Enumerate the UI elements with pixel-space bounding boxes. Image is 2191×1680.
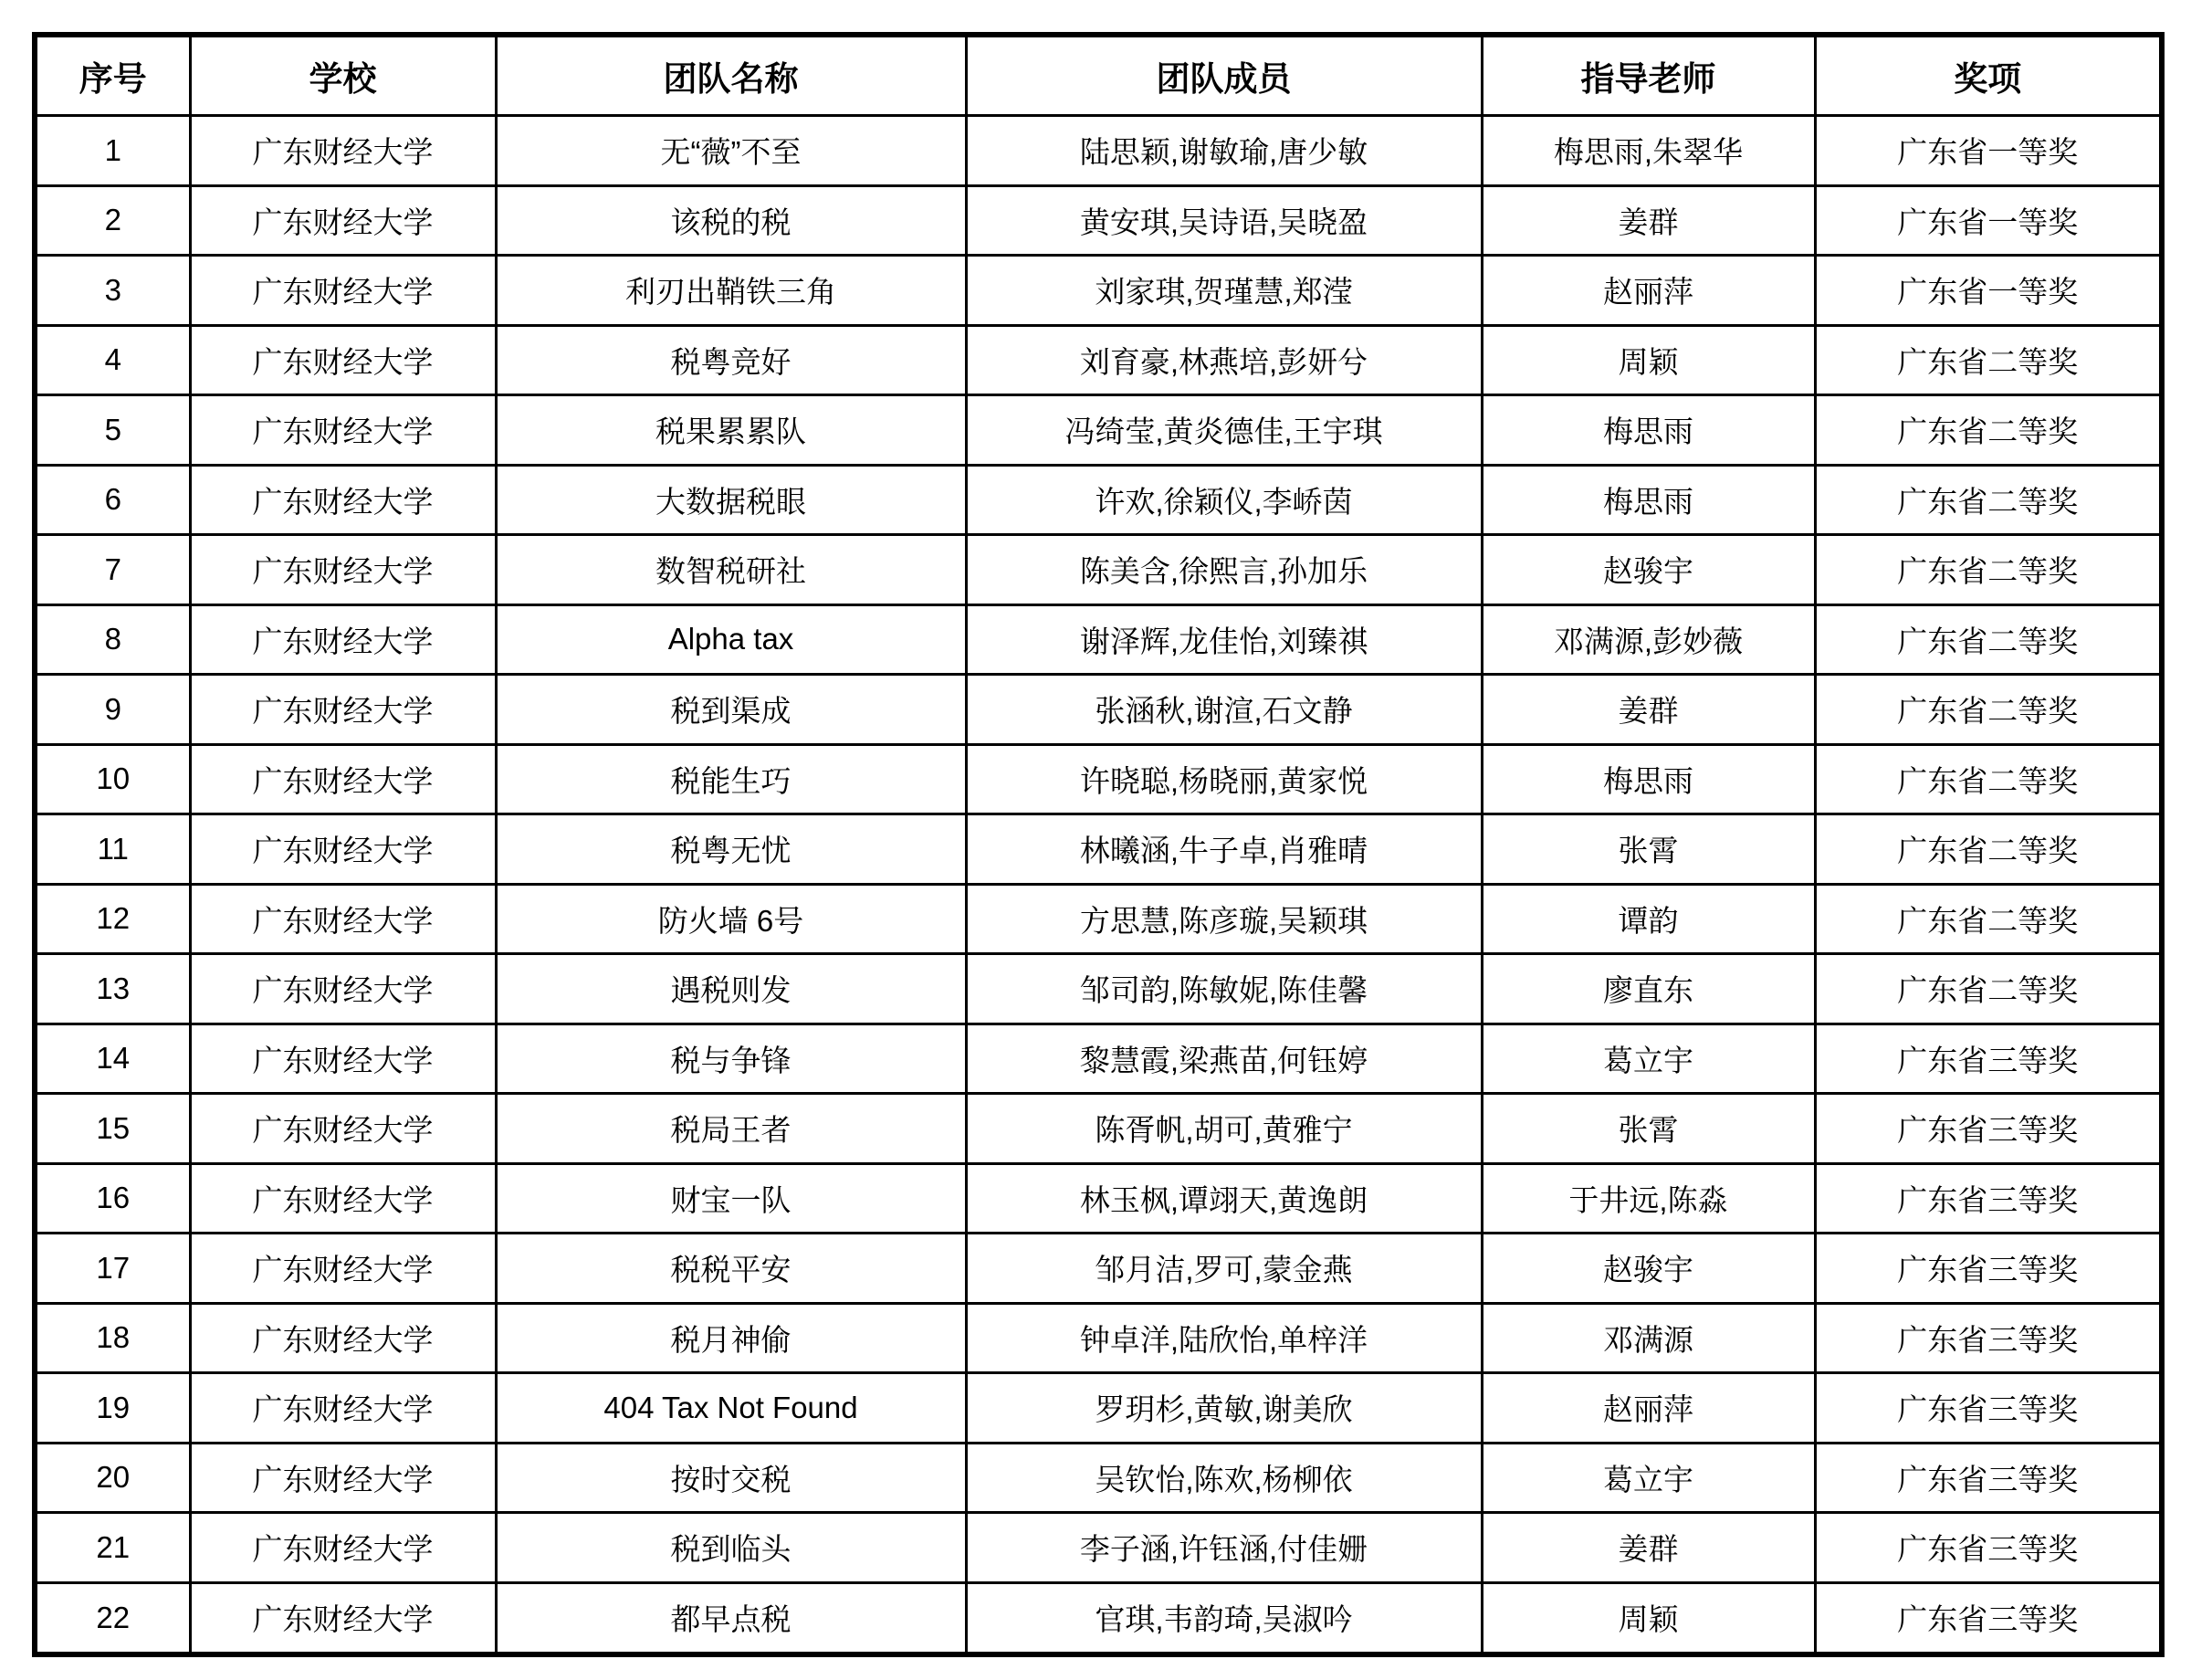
table-cell: 税局王者 bbox=[496, 1094, 966, 1164]
table-cell: 广东财经大学 bbox=[190, 814, 496, 885]
table-cell: 广东省三等奖 bbox=[1815, 1582, 2162, 1654]
table-cell: 19 bbox=[35, 1373, 190, 1444]
table-cell: 罗玥杉,黄敏,谢美欣 bbox=[966, 1373, 1482, 1444]
table-cell: 广东财经大学 bbox=[190, 744, 496, 814]
table-cell: 税税平安 bbox=[496, 1234, 966, 1304]
table-cell: 张涵秋,谢渲,石文静 bbox=[966, 675, 1482, 745]
table-row: 11广东财经大学税粤无忧林曦涵,牛子卓,肖雅晴张霄广东省二等奖 bbox=[35, 814, 2162, 885]
table-cell: 广东省二等奖 bbox=[1815, 744, 2162, 814]
table-cell: 广东财经大学 bbox=[190, 325, 496, 395]
table-cell: 许晓聪,杨晓丽,黄家悦 bbox=[966, 744, 1482, 814]
table-row: 16广东财经大学财宝一队林玉枫,谭翊天,黄逸朗于井远,陈淼广东省三等奖 bbox=[35, 1163, 2162, 1234]
table-cell: 3 bbox=[35, 256, 190, 326]
table-cell: 梅思雨 bbox=[1482, 744, 1815, 814]
table-cell: 10 bbox=[35, 744, 190, 814]
column-header: 奖项 bbox=[1815, 35, 2162, 116]
table-cell: 陆思颖,谢敏瑜,唐少敏 bbox=[966, 116, 1482, 186]
table-cell: 黄安琪,吴诗语,吴晓盈 bbox=[966, 185, 1482, 256]
table-row: 14广东财经大学税与争锋黎慧霞,梁燕苗,何钰婷葛立宇广东省三等奖 bbox=[35, 1024, 2162, 1094]
table-row: 22广东财经大学都早点税官琪,韦韵琦,吴淑吟周颖广东省三等奖 bbox=[35, 1582, 2162, 1654]
table-cell: 赵骏宇 bbox=[1482, 1234, 1815, 1304]
table-cell: 广东省二等奖 bbox=[1815, 604, 2162, 675]
table-cell: 刘家琪,贺瑾慧,郑滢 bbox=[966, 256, 1482, 326]
table-cell: 20 bbox=[35, 1443, 190, 1513]
column-header: 学校 bbox=[190, 35, 496, 116]
table-cell: 姜群 bbox=[1482, 1513, 1815, 1583]
table-cell: 赵丽萍 bbox=[1482, 256, 1815, 326]
table-cell: 404 Tax Not Found bbox=[496, 1373, 966, 1444]
table-cell: 广东省二等奖 bbox=[1815, 465, 2162, 535]
table-row: 9广东财经大学税到渠成张涵秋,谢渲,石文静姜群广东省二等奖 bbox=[35, 675, 2162, 745]
table-cell: 于井远,陈淼 bbox=[1482, 1163, 1815, 1234]
table-cell: 廖直东 bbox=[1482, 954, 1815, 1024]
table-row: 20广东财经大学按时交税吴钦怡,陈欢,杨柳依葛立宇广东省三等奖 bbox=[35, 1443, 2162, 1513]
table-cell: 广东省三等奖 bbox=[1815, 1094, 2162, 1164]
table-cell: 5 bbox=[35, 395, 190, 466]
table-cell: 邹月洁,罗可,蒙金燕 bbox=[966, 1234, 1482, 1304]
column-header: 指导老师 bbox=[1482, 35, 1815, 116]
table-cell: 4 bbox=[35, 325, 190, 395]
table-row: 17广东财经大学税税平安邹月洁,罗可,蒙金燕赵骏宇广东省三等奖 bbox=[35, 1234, 2162, 1304]
table-cell: 税与争锋 bbox=[496, 1024, 966, 1094]
table-cell: 广东省一等奖 bbox=[1815, 256, 2162, 326]
table-cell: 谭韵 bbox=[1482, 884, 1815, 954]
table-cell: 张霄 bbox=[1482, 814, 1815, 885]
table-cell: 梅思雨 bbox=[1482, 465, 1815, 535]
column-header: 序号 bbox=[35, 35, 190, 116]
table-cell: 16 bbox=[35, 1163, 190, 1234]
table-cell: 邹司韵,陈敏妮,陈佳馨 bbox=[966, 954, 1482, 1024]
table-cell: 广东财经大学 bbox=[190, 395, 496, 466]
table-cell: 邓满源,彭妙薇 bbox=[1482, 604, 1815, 675]
table-cell: 广东财经大学 bbox=[190, 1094, 496, 1164]
table-cell: 广东省二等奖 bbox=[1815, 884, 2162, 954]
table-cell: 许欢,徐颖仪,李峤茵 bbox=[966, 465, 1482, 535]
table-cell: 周颖 bbox=[1482, 325, 1815, 395]
table-cell: 税到临头 bbox=[496, 1513, 966, 1583]
table-cell: 吴钦怡,陈欢,杨柳依 bbox=[966, 1443, 1482, 1513]
table-cell: 赵骏宇 bbox=[1482, 535, 1815, 605]
table-cell: 李子涵,许钰涵,付佳姗 bbox=[966, 1513, 1482, 1583]
table-cell: 广东财经大学 bbox=[190, 1443, 496, 1513]
table-row: 18广东财经大学税月神偷钟卓洋,陆欣怡,单梓洋邓满源广东省三等奖 bbox=[35, 1303, 2162, 1373]
page: 序号学校团队名称团队成员指导老师奖项 1广东财经大学无“薇”不至陆思颖,谢敏瑜,… bbox=[0, 0, 2191, 1680]
table-cell: 黎慧霞,梁燕苗,何钰婷 bbox=[966, 1024, 1482, 1094]
table-cell: 广东财经大学 bbox=[190, 465, 496, 535]
table-cell: 广东省二等奖 bbox=[1815, 535, 2162, 605]
table-cell: 该税的税 bbox=[496, 185, 966, 256]
table-cell: 方思慧,陈彦璇,吴颖琪 bbox=[966, 884, 1482, 954]
table-cell: 税到渠成 bbox=[496, 675, 966, 745]
table-cell: 广东省二等奖 bbox=[1815, 395, 2162, 466]
table-row: 13广东财经大学遇税则发邹司韵,陈敏妮,陈佳馨廖直东广东省二等奖 bbox=[35, 954, 2162, 1024]
table-cell: 1 bbox=[35, 116, 190, 186]
table-cell: 广东省三等奖 bbox=[1815, 1373, 2162, 1444]
table-cell: 22 bbox=[35, 1582, 190, 1654]
table-row: 21广东财经大学税到临头李子涵,许钰涵,付佳姗姜群广东省三等奖 bbox=[35, 1513, 2162, 1583]
table-cell: 林玉枫,谭翊天,黄逸朗 bbox=[966, 1163, 1482, 1234]
table-cell: 梅思雨,朱翠华 bbox=[1482, 116, 1815, 186]
table-cell: 税能生巧 bbox=[496, 744, 966, 814]
table-header-row: 序号学校团队名称团队成员指导老师奖项 bbox=[35, 35, 2162, 116]
table-cell: 税果累累队 bbox=[496, 395, 966, 466]
table-cell: 梅思雨 bbox=[1482, 395, 1815, 466]
table-cell: 张霄 bbox=[1482, 1094, 1815, 1164]
table-cell: 17 bbox=[35, 1234, 190, 1304]
table-cell: 广东财经大学 bbox=[190, 1024, 496, 1094]
table-cell: 广东省三等奖 bbox=[1815, 1024, 2162, 1094]
table-cell: 广东财经大学 bbox=[190, 1513, 496, 1583]
table-cell: 谢泽辉,龙佳怡,刘臻祺 bbox=[966, 604, 1482, 675]
table-cell: 18 bbox=[35, 1303, 190, 1373]
table-cell: 2 bbox=[35, 185, 190, 256]
table-cell: 广东财经大学 bbox=[190, 1163, 496, 1234]
table-row: 1广东财经大学无“薇”不至陆思颖,谢敏瑜,唐少敏梅思雨,朱翠华广东省一等奖 bbox=[35, 116, 2162, 186]
table-cell: 利刃出鞘铁三角 bbox=[496, 256, 966, 326]
table-row: 4广东财经大学税粤竞好刘育豪,林燕培,彭妍兮周颖广东省二等奖 bbox=[35, 325, 2162, 395]
table-cell: 税粤竞好 bbox=[496, 325, 966, 395]
table-row: 2广东财经大学该税的税黄安琪,吴诗语,吴晓盈姜群广东省一等奖 bbox=[35, 185, 2162, 256]
table-cell: 广东省二等奖 bbox=[1815, 814, 2162, 885]
table-cell: 广东省一等奖 bbox=[1815, 116, 2162, 186]
table-cell: 7 bbox=[35, 535, 190, 605]
table-cell: 遇税则发 bbox=[496, 954, 966, 1024]
table-cell: 官琪,韦韵琦,吴淑吟 bbox=[966, 1582, 1482, 1654]
table-cell: 邓满源 bbox=[1482, 1303, 1815, 1373]
table-cell: 刘育豪,林燕培,彭妍兮 bbox=[966, 325, 1482, 395]
table-cell: 陈胥帆,胡可,黄雅宁 bbox=[966, 1094, 1482, 1164]
table-cell: 广东省二等奖 bbox=[1815, 954, 2162, 1024]
table-cell: 姜群 bbox=[1482, 185, 1815, 256]
table-row: 6广东财经大学大数据税眼许欢,徐颖仪,李峤茵梅思雨广东省二等奖 bbox=[35, 465, 2162, 535]
table-cell: 数智税研社 bbox=[496, 535, 966, 605]
table-cell: 陈美含,徐熙言,孙加乐 bbox=[966, 535, 1482, 605]
table-row: 5广东财经大学税果累累队冯绮莹,黄炎德佳,王宇琪梅思雨广东省二等奖 bbox=[35, 395, 2162, 466]
table-cell: 广东财经大学 bbox=[190, 535, 496, 605]
table-cell: 葛立宇 bbox=[1482, 1443, 1815, 1513]
table-cell: 21 bbox=[35, 1513, 190, 1583]
table-cell: 广东省三等奖 bbox=[1815, 1443, 2162, 1513]
table-cell: 广东省二等奖 bbox=[1815, 675, 2162, 745]
table-cell: 广东财经大学 bbox=[190, 675, 496, 745]
table-cell: 9 bbox=[35, 675, 190, 745]
table-cell: 钟卓洋,陆欣怡,单梓洋 bbox=[966, 1303, 1482, 1373]
table-cell: 15 bbox=[35, 1094, 190, 1164]
table-row: 7广东财经大学数智税研社陈美含,徐熙言,孙加乐赵骏宇广东省二等奖 bbox=[35, 535, 2162, 605]
column-header: 团队名称 bbox=[496, 35, 966, 116]
table-cell: 冯绮莹,黄炎德佳,王宇琪 bbox=[966, 395, 1482, 466]
award-results-table: 序号学校团队名称团队成员指导老师奖项 1广东财经大学无“薇”不至陆思颖,谢敏瑜,… bbox=[32, 32, 2165, 1657]
table-row: 3广东财经大学利刃出鞘铁三角刘家琪,贺瑾慧,郑滢赵丽萍广东省一等奖 bbox=[35, 256, 2162, 326]
table-cell: 广东省一等奖 bbox=[1815, 185, 2162, 256]
table-cell: 广东财经大学 bbox=[190, 1234, 496, 1304]
table-cell: 14 bbox=[35, 1024, 190, 1094]
table-cell: 广东财经大学 bbox=[190, 1303, 496, 1373]
table-cell: 无“薇”不至 bbox=[496, 116, 966, 186]
table-cell: 6 bbox=[35, 465, 190, 535]
table-cell: 周颖 bbox=[1482, 1582, 1815, 1654]
table-cell: 姜群 bbox=[1482, 675, 1815, 745]
table-cell: 8 bbox=[35, 604, 190, 675]
table-cell: 11 bbox=[35, 814, 190, 885]
table-cell: 广东省三等奖 bbox=[1815, 1234, 2162, 1304]
table-row: 12广东财经大学防火墙 6号方思慧,陈彦璇,吴颖琪谭韵广东省二等奖 bbox=[35, 884, 2162, 954]
table-cell: 12 bbox=[35, 884, 190, 954]
table-row: 15广东财经大学税局王者陈胥帆,胡可,黄雅宁张霄广东省三等奖 bbox=[35, 1094, 2162, 1164]
table-row: 19广东财经大学404 Tax Not Found罗玥杉,黄敏,谢美欣赵丽萍广东… bbox=[35, 1373, 2162, 1444]
table-cell: 大数据税眼 bbox=[496, 465, 966, 535]
table-cell: 林曦涵,牛子卓,肖雅晴 bbox=[966, 814, 1482, 885]
table-cell: 葛立宇 bbox=[1482, 1024, 1815, 1094]
table-cell: 赵丽萍 bbox=[1482, 1373, 1815, 1444]
table-cell: 财宝一队 bbox=[496, 1163, 966, 1234]
table-cell: 广东财经大学 bbox=[190, 604, 496, 675]
table-cell: 广东省二等奖 bbox=[1815, 325, 2162, 395]
table-cell: 广东省三等奖 bbox=[1815, 1163, 2162, 1234]
table-cell: 税粤无忧 bbox=[496, 814, 966, 885]
table-cell: 都早点税 bbox=[496, 1582, 966, 1654]
table-cell: 广东省三等奖 bbox=[1815, 1303, 2162, 1373]
table-row: 8广东财经大学Alpha tax谢泽辉,龙佳怡,刘臻祺邓满源,彭妙薇广东省二等奖 bbox=[35, 604, 2162, 675]
table-cell: 税月神偷 bbox=[496, 1303, 966, 1373]
table-cell: 广东财经大学 bbox=[190, 116, 496, 186]
table-cell: 13 bbox=[35, 954, 190, 1024]
table-cell: Alpha tax bbox=[496, 604, 966, 675]
table-cell: 广东财经大学 bbox=[190, 884, 496, 954]
table-row: 10广东财经大学税能生巧许晓聪,杨晓丽,黄家悦梅思雨广东省二等奖 bbox=[35, 744, 2162, 814]
table-body: 1广东财经大学无“薇”不至陆思颖,谢敏瑜,唐少敏梅思雨,朱翠华广东省一等奖2广东… bbox=[35, 116, 2162, 1655]
table-cell: 按时交税 bbox=[496, 1443, 966, 1513]
table-cell: 广东财经大学 bbox=[190, 185, 496, 256]
table-cell: 广东财经大学 bbox=[190, 1373, 496, 1444]
table-cell: 广东省三等奖 bbox=[1815, 1513, 2162, 1583]
table-cell: 广东财经大学 bbox=[190, 256, 496, 326]
table-cell: 防火墙 6号 bbox=[496, 884, 966, 954]
table-cell: 广东财经大学 bbox=[190, 1582, 496, 1654]
column-header: 团队成员 bbox=[966, 35, 1482, 116]
table-cell: 广东财经大学 bbox=[190, 954, 496, 1024]
